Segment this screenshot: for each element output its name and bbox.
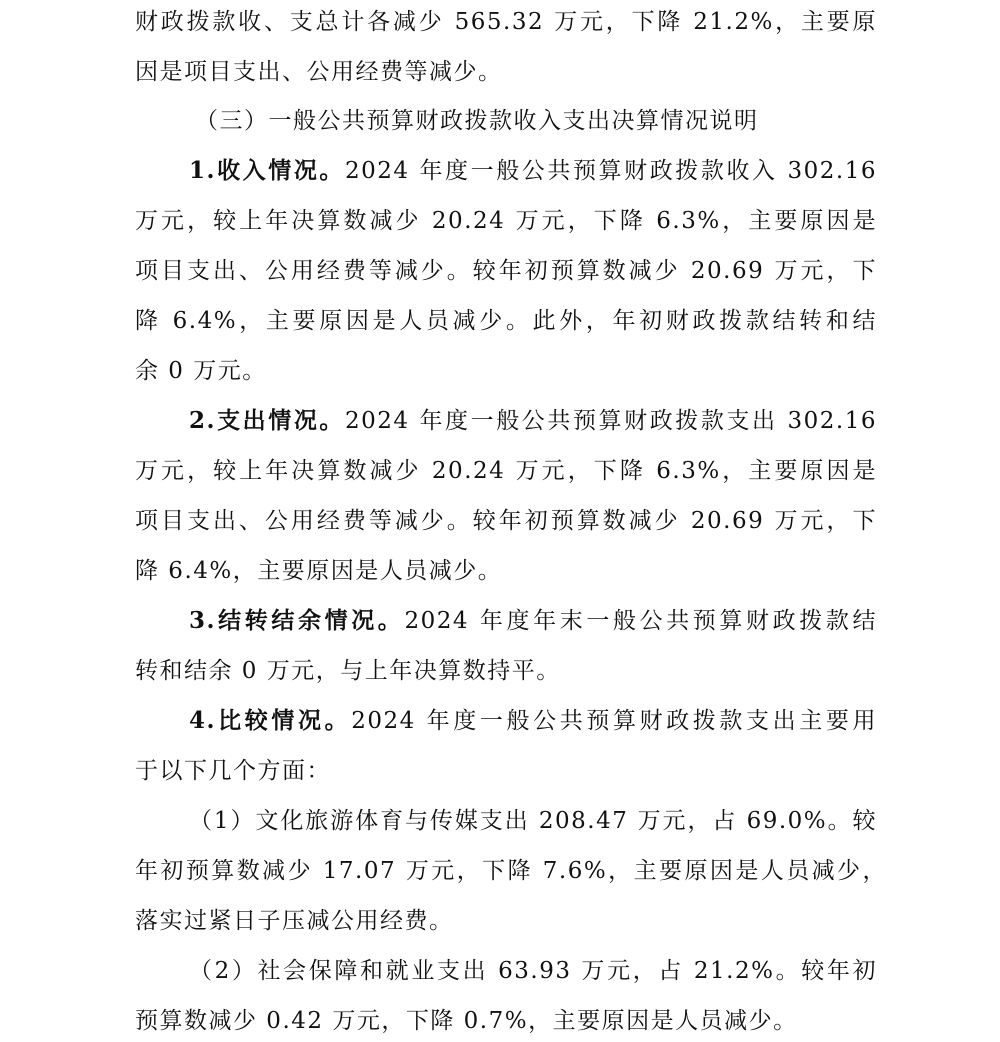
list-item-line: 落实过紧日子压减公用经费。: [135, 896, 454, 946]
list-item-line: 年初预算数减少 17.07 万元，下降 7.6%，主要原因是人员减少，: [135, 846, 887, 896]
line-text: 2024 年度年末一般公共预算财政拨款结: [404, 608, 877, 634]
paragraph-line: 降 6.4%，主要原因是人员减少。此外，年初财政拨款结转和结: [135, 296, 877, 346]
subheading-expenditure: 2.支出情况。: [189, 407, 345, 434]
line-text: 项目支出、公用经费等减少。较年初预算数减少 20.69 万元，下: [135, 508, 877, 534]
paragraph-line: 项目支出、公用经费等减少。较年初预算数减少 20.69 万元，下: [135, 246, 877, 296]
line-text: 万元，较上年决算数减少 20.24 万元，下降 6.3%，主要原因是: [135, 208, 877, 234]
subheading-comparison: 4.比较情况。: [189, 707, 351, 734]
paragraph-line: 4.比较情况。2024 年度一般公共预算财政拨款支出主要用: [189, 696, 877, 746]
line-text: （1）文化旅游体育与传媒支出 208.47 万元，占 69.0%。较: [189, 808, 877, 834]
line-text: 项目支出、公用经费等减少。较年初预算数减少 20.69 万元，下: [135, 258, 877, 284]
paragraph-line: 因是项目支出、公用经费等减少。: [135, 47, 503, 97]
subheading-income: 1.收入情况。: [189, 157, 345, 184]
line-text: 年初预算数减少 17.07 万元，下降 7.6%，主要原因是人员减少，: [135, 858, 887, 884]
paragraph-line: 转和结余 0 万元，与上年决算数持平。: [135, 646, 561, 696]
paragraph-line: 万元，较上年决算数减少 20.24 万元，下降 6.3%，主要原因是: [135, 196, 877, 246]
list-item-line: （1）文化旅游体育与传媒支出 208.47 万元，占 69.0%。较: [189, 796, 877, 846]
line-text: 余 0 万元。: [135, 358, 267, 384]
line-text: 2024 年度一般公共预算财政拨款收入 302.16: [345, 158, 877, 184]
list-item-line: （2）社会保障和就业支出 63.93 万元，占 21.2%。较年初: [189, 946, 877, 996]
line-text: 降 6.4%，主要原因是人员减少。此外，年初财政拨款结转和结: [135, 308, 877, 334]
paragraph-line: 1.收入情况。2024 年度一般公共预算财政拨款收入 302.16: [189, 146, 877, 196]
paragraph-line: 项目支出、公用经费等减少。较年初预算数减少 20.69 万元，下: [135, 496, 877, 546]
line-text: （2）社会保障和就业支出 63.93 万元，占 21.2%。较年初: [189, 958, 877, 984]
section-heading-text: （三）一般公共预算财政拨款收入支出决算情况说明: [195, 108, 759, 134]
paragraph-line: 3.结转结余情况。2024 年度年末一般公共预算财政拨款结: [189, 596, 877, 646]
section-heading: （三）一般公共预算财政拨款收入支出决算情况说明: [195, 96, 759, 146]
line-text: 转和结余 0 万元，与上年决算数持平。: [135, 658, 561, 684]
subheading-carryover: 3.结转结余情况。: [189, 607, 404, 634]
paragraph-line: 降 6.4%，主要原因是人员减少。: [135, 546, 502, 596]
line-text: 预算数减少 0.42 万元，下降 0.7%，主要原因是人员减少。: [135, 1008, 798, 1034]
paragraph-line: 财政拨款收、支总计各减少 565.32 万元，下降 21.2%，主要原: [135, 0, 877, 47]
line-text: 财政拨款收、支总计各减少 565.32 万元，下降 21.2%，主要原: [135, 9, 877, 35]
paragraph-line: 于以下几个方面：: [135, 746, 331, 796]
paragraph-line: 2.支出情况。2024 年度一般公共预算财政拨款支出 302.16: [189, 396, 877, 446]
line-text: 落实过紧日子压减公用经费。: [135, 908, 454, 934]
line-text: 降 6.4%，主要原因是人员减少。: [135, 558, 502, 584]
line-text: 万元，较上年决算数减少 20.24 万元，下降 6.3%，主要原因是: [135, 458, 877, 484]
line-text: 于以下几个方面：: [135, 758, 331, 784]
paragraph-line: 余 0 万元。: [135, 346, 267, 396]
list-item-line: 预算数减少 0.42 万元，下降 0.7%，主要原因是人员减少。: [135, 996, 798, 1042]
line-text: 2024 年度一般公共预算财政拨款支出主要用: [351, 708, 877, 734]
paragraph-line: 万元，较上年决算数减少 20.24 万元，下降 6.3%，主要原因是: [135, 446, 877, 496]
line-text: 2024 年度一般公共预算财政拨款支出 302.16: [345, 408, 877, 434]
line-text: 因是项目支出、公用经费等减少。: [135, 59, 503, 85]
